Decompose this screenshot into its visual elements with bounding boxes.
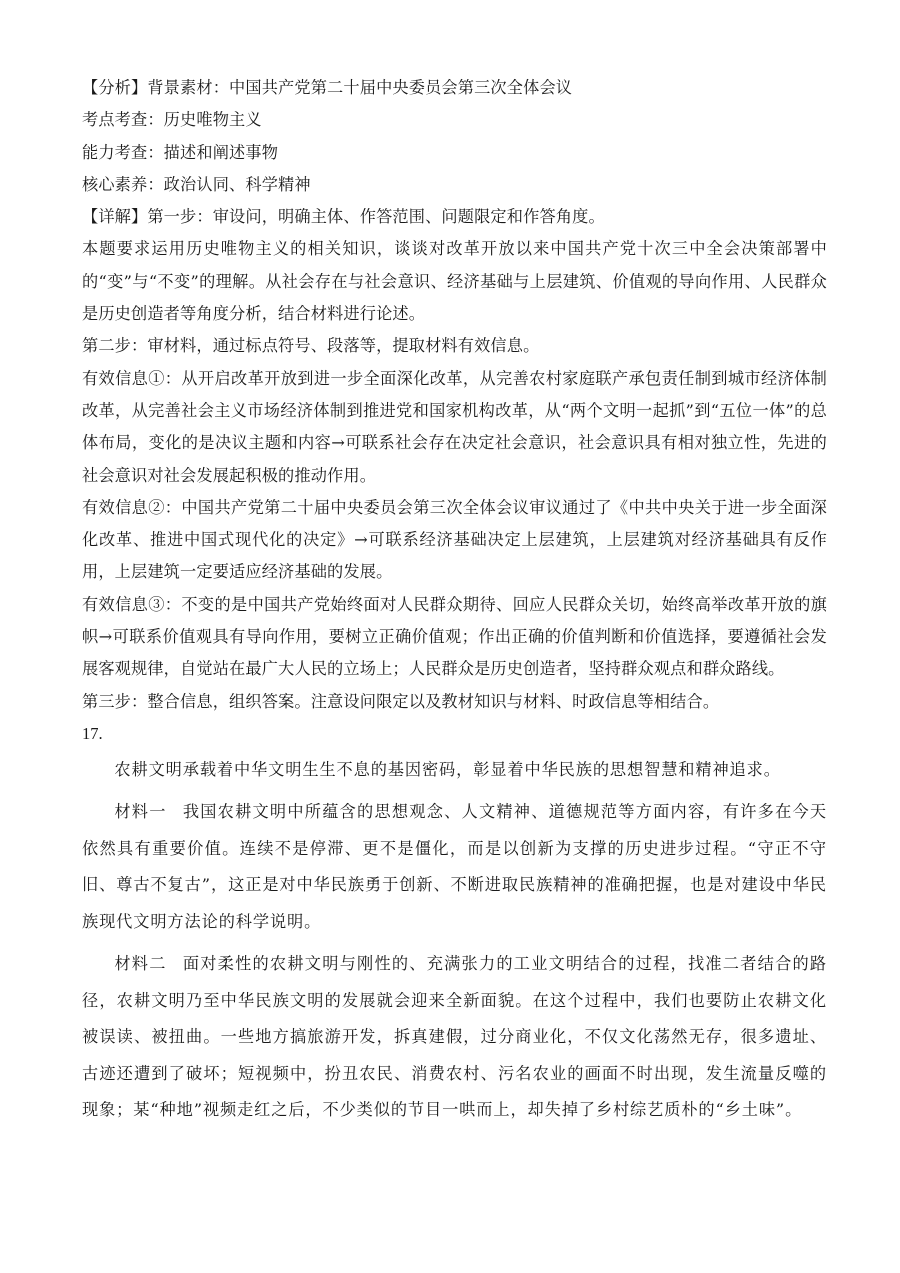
detail-section: 【详解】第一步：审设问，明确主体、作答范围、问题限定和作答角度。 本题要求运用历…	[82, 201, 827, 718]
detail-step-three: 第三步：整合信息，组织答案。注意设问限定以及教材知识与材料、时政信息等相结合。	[82, 686, 827, 718]
analysis-ability: 能力考查：描述和阐述事物	[82, 137, 827, 169]
question-intro: 农耕文明承载着中华文明生生不息的基因密码，彰显着中华民族的思想智慧和精神追求。	[82, 752, 827, 789]
question-number: 17.	[82, 718, 827, 750]
detail-step-two: 第二步：审材料，通过标点符号、段落等，提取材料有效信息。	[82, 330, 827, 362]
material-one-text: 我国农耕文明中所蕴含的思想观念、人文精神、道德规范等方面内容，有许多在今天依然具…	[82, 802, 827, 931]
analysis-core-literacy: 核心素养：政治认同、科学精神	[82, 169, 827, 201]
detail-step-one: 【详解】第一步：审设问，明确主体、作答范围、问题限定和作答角度。	[82, 201, 827, 233]
material-two-text: 面对柔性的农耕文明与刚性的、充满张力的工业文明结合的过程，找准二者结合的路径，农…	[82, 954, 827, 1119]
analysis-background: 【分析】背景素材：中国共产党第二十届中央委员会第三次全体会议	[82, 72, 827, 104]
material-one-label: 材料一	[114, 802, 166, 821]
analysis-section: 【分析】背景素材：中国共产党第二十届中央委员会第三次全体会议 考点考查：历史唯物…	[82, 72, 827, 201]
analysis-knowledge-point: 考点考查：历史唯物主义	[82, 104, 827, 136]
detail-question-requirement: 本题要求运用历史唯物主义的相关知识，谈谈对改革开放以来中国共产党十次三中全会决策…	[82, 233, 827, 330]
detail-info-3: 有效信息③：不变的是中国共产党始终面对人民群众期待、回应人民群众关切，始终高举改…	[82, 589, 827, 686]
detail-info-2: 有效信息②：中国共产党第二十届中央委员会第三次全体会议审议通过了《中共中央关于进…	[82, 492, 827, 589]
material-two: 材料二面对柔性的农耕文明与刚性的、充满张力的工业文明结合的过程，找准二者结合的路…	[82, 946, 827, 1129]
question-17: 17. 农耕文明承载着中华文明生生不息的基因密码，彰显着中华民族的思想智慧和精神…	[82, 718, 827, 1129]
material-one: 材料一我国农耕文明中所蕴含的思想观念、人文精神、道德规范等方面内容，有许多在今天…	[82, 794, 827, 940]
detail-info-1: 有效信息①：从开启改革开放到进一步全面深化改革，从完善农村家庭联产承包责任制到城…	[82, 363, 827, 492]
document-page: 【分析】背景素材：中国共产党第二十届中央委员会第三次全体会议 考点考查：历史唯物…	[82, 72, 827, 1135]
material-two-label: 材料二	[114, 954, 166, 973]
